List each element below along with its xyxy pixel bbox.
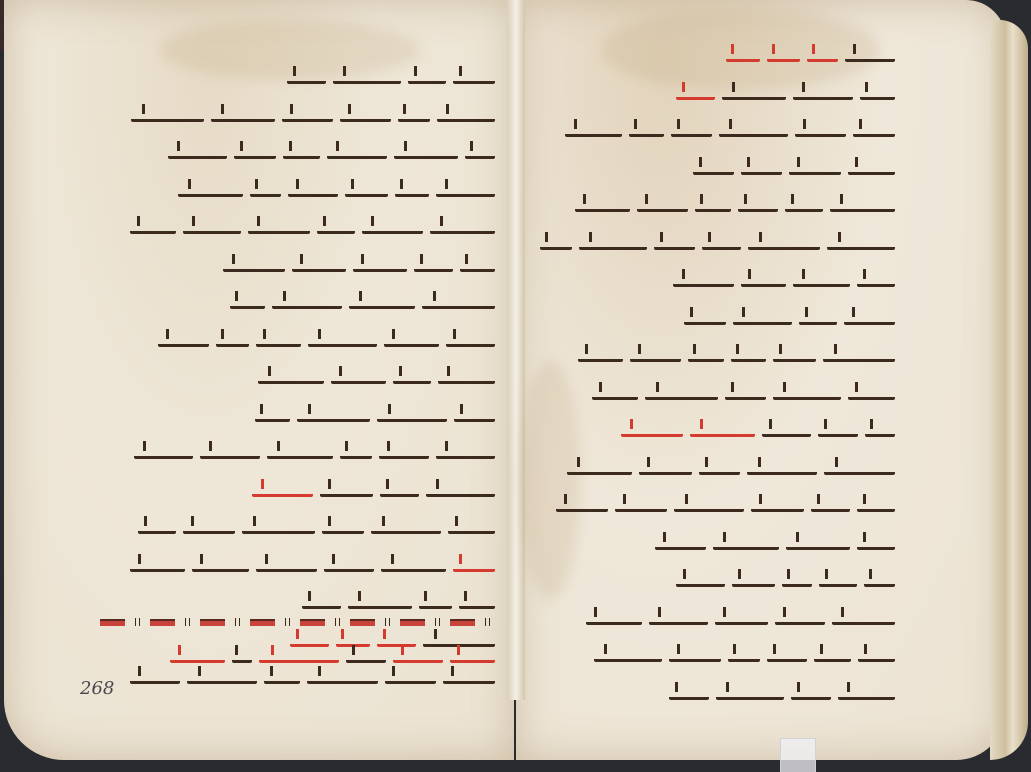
script-word (200, 447, 260, 459)
script-line (130, 514, 495, 542)
script-word (216, 335, 249, 347)
script-word (799, 313, 837, 325)
script-word (819, 575, 857, 587)
script-word (789, 163, 841, 175)
script-word (379, 447, 429, 459)
script-word (192, 560, 249, 572)
divider-dash (250, 619, 275, 626)
script-word (594, 650, 662, 662)
script-word (419, 597, 452, 609)
script-word (287, 72, 326, 84)
script-line (540, 305, 895, 333)
script-word (381, 560, 446, 572)
script-word (454, 410, 495, 422)
divider-tick (485, 618, 490, 626)
script-word (340, 110, 391, 122)
divider-tick (285, 618, 290, 626)
script-word (575, 200, 630, 212)
script-word (713, 538, 779, 550)
script-word (130, 222, 176, 234)
script-line (130, 289, 495, 317)
script-word (292, 260, 346, 272)
script-word (211, 110, 275, 122)
script-word (738, 200, 778, 212)
script-word (767, 650, 807, 662)
script-word (695, 200, 731, 212)
script-word (728, 650, 760, 662)
script-word (649, 613, 708, 625)
script-word (283, 147, 320, 159)
script-word (818, 425, 858, 437)
script-line (540, 80, 895, 108)
script-word (349, 297, 415, 309)
script-word (567, 463, 632, 475)
manuscript-spread: 268 (0, 0, 1031, 772)
script-word (671, 125, 712, 137)
script-word (782, 575, 812, 587)
script-word (637, 200, 688, 212)
script-word (540, 238, 572, 250)
script-word (327, 147, 387, 159)
script-word (621, 425, 683, 437)
script-word (615, 500, 667, 512)
script-word (362, 222, 423, 234)
script-word (726, 50, 760, 62)
script-word (324, 560, 374, 572)
script-word (674, 500, 744, 512)
script-word (234, 147, 276, 159)
divider-dash (100, 619, 125, 626)
script-word (731, 350, 766, 362)
script-word (308, 335, 377, 347)
script-word (436, 185, 495, 197)
script-word (838, 688, 895, 700)
script-word (715, 613, 768, 625)
script-word (130, 560, 185, 572)
script-line (540, 230, 895, 258)
script-word (751, 500, 804, 512)
script-line (540, 530, 895, 558)
script-word (732, 575, 775, 587)
script-word (676, 575, 725, 587)
script-line (130, 252, 495, 280)
script-word (331, 372, 386, 384)
script-word (699, 463, 740, 475)
left-rubric-heading (130, 643, 495, 681)
script-line (540, 42, 895, 70)
script-word (436, 447, 495, 459)
script-word (183, 522, 235, 534)
script-word (256, 560, 317, 572)
script-word (393, 372, 431, 384)
script-line (540, 455, 895, 483)
script-line (130, 552, 495, 580)
script-line (130, 477, 495, 505)
script-word (775, 613, 825, 625)
script-word (453, 72, 495, 84)
script-word (348, 597, 412, 609)
script-word (762, 425, 811, 437)
script-word (767, 50, 800, 62)
script-word (785, 200, 823, 212)
script-word (438, 372, 495, 384)
script-word (864, 575, 895, 587)
script-word (556, 500, 608, 512)
script-word (733, 313, 792, 325)
script-word (272, 297, 342, 309)
divider-dash (400, 619, 425, 626)
script-word (430, 222, 495, 234)
script-word (824, 463, 895, 475)
script-line (130, 139, 495, 167)
divider-tick (435, 618, 440, 626)
script-word (465, 147, 495, 159)
script-word (322, 522, 364, 534)
script-word (786, 538, 850, 550)
script-line (130, 102, 495, 130)
script-word (371, 522, 441, 534)
script-word (384, 335, 439, 347)
script-word (394, 147, 458, 159)
script-word (448, 522, 495, 534)
script-line (540, 380, 895, 408)
script-word (353, 260, 407, 272)
divider-tick (185, 618, 190, 626)
script-word (250, 185, 281, 197)
script-line (540, 680, 895, 708)
script-word (565, 125, 622, 137)
script-line (540, 605, 895, 633)
script-word (725, 388, 766, 400)
page-clip (780, 738, 816, 772)
script-line (130, 364, 495, 392)
script-word (807, 50, 838, 62)
script-word (857, 538, 895, 550)
script-word (793, 275, 850, 287)
script-word (255, 410, 290, 422)
script-word (414, 260, 453, 272)
script-word (578, 350, 623, 362)
script-word (178, 185, 243, 197)
script-line (130, 214, 495, 242)
script-word (256, 335, 301, 347)
script-word (823, 350, 895, 362)
script-word (422, 297, 495, 309)
script-word (811, 500, 850, 512)
script-word (669, 650, 721, 662)
decorative-divider (100, 615, 490, 629)
script-line (130, 327, 495, 355)
script-line (540, 417, 895, 445)
script-word (845, 50, 895, 62)
script-word (446, 335, 495, 347)
script-line (130, 439, 495, 467)
script-line (540, 642, 895, 670)
script-word (453, 560, 495, 572)
script-word (773, 388, 841, 400)
script-word (827, 238, 895, 250)
page-edges (990, 20, 1028, 760)
script-word (317, 222, 355, 234)
right-text-block (540, 42, 895, 717)
divider-dash (350, 619, 375, 626)
script-word (258, 372, 324, 384)
script-line (130, 64, 495, 92)
script-word (223, 260, 285, 272)
script-word (134, 447, 193, 459)
script-line (540, 492, 895, 520)
script-word (168, 147, 227, 159)
script-word (252, 485, 313, 497)
script-word (832, 613, 895, 625)
script-word (459, 597, 495, 609)
script-line (130, 177, 495, 205)
script-line (540, 192, 895, 220)
script-word (853, 125, 895, 137)
divider-tick (335, 618, 340, 626)
script-word (639, 463, 692, 475)
divider-tick (235, 618, 240, 626)
script-word (592, 388, 638, 400)
script-word (377, 410, 447, 422)
script-line (540, 117, 895, 145)
script-word (865, 425, 895, 437)
script-word (673, 275, 734, 287)
script-word (437, 110, 495, 122)
script-word (747, 463, 817, 475)
script-word (183, 222, 240, 234)
script-word (138, 522, 176, 534)
script-word (693, 163, 734, 175)
script-word (702, 238, 741, 250)
script-word (297, 410, 370, 422)
divider-dash (450, 619, 475, 626)
script-word (426, 485, 495, 497)
script-word (333, 72, 401, 84)
script-line (130, 589, 495, 617)
script-word (858, 650, 895, 662)
script-line (130, 402, 495, 430)
script-word (320, 485, 373, 497)
script-word (741, 275, 786, 287)
script-word (857, 500, 895, 512)
divider-dash (200, 619, 225, 626)
script-word (741, 163, 782, 175)
script-line (540, 342, 895, 370)
script-line (540, 567, 895, 595)
script-word (848, 163, 895, 175)
script-word (654, 238, 695, 250)
script-word (460, 260, 495, 272)
script-word (669, 688, 709, 700)
script-word (722, 88, 786, 100)
script-word (814, 650, 851, 662)
gutter (507, 0, 525, 700)
script-word (716, 688, 784, 700)
script-word (380, 485, 419, 497)
script-word (830, 200, 895, 212)
divider-tick (135, 618, 140, 626)
left-text-block (130, 64, 495, 702)
script-line (540, 267, 895, 295)
script-word (844, 313, 895, 325)
script-word (345, 185, 388, 197)
script-word (586, 613, 642, 625)
script-word (629, 125, 664, 137)
script-word (645, 388, 718, 400)
script-word (408, 72, 446, 84)
script-word (340, 447, 372, 459)
script-word (719, 125, 788, 137)
script-word (282, 110, 333, 122)
script-word (676, 88, 715, 100)
script-line (540, 155, 895, 183)
script-word (398, 110, 430, 122)
script-word (857, 275, 895, 287)
script-word (848, 388, 895, 400)
script-word (748, 238, 820, 250)
script-word (690, 425, 755, 437)
script-word (630, 350, 681, 362)
script-word (688, 350, 724, 362)
divider-tick (385, 618, 390, 626)
script-word (773, 350, 816, 362)
script-word (860, 88, 895, 100)
script-word (395, 185, 429, 197)
script-word (684, 313, 726, 325)
folio-number: 268 (80, 678, 114, 699)
script-word (242, 522, 315, 534)
script-word (158, 335, 209, 347)
script-word (302, 597, 341, 609)
script-word (795, 125, 846, 137)
script-word (793, 88, 853, 100)
script-word (655, 538, 706, 550)
script-word (230, 297, 265, 309)
script-word (248, 222, 310, 234)
script-word (131, 110, 204, 122)
script-word (579, 238, 647, 250)
script-word (288, 185, 338, 197)
script-word (791, 688, 831, 700)
divider-dash (300, 619, 325, 626)
divider-dash (150, 619, 175, 626)
script-word (267, 447, 333, 459)
